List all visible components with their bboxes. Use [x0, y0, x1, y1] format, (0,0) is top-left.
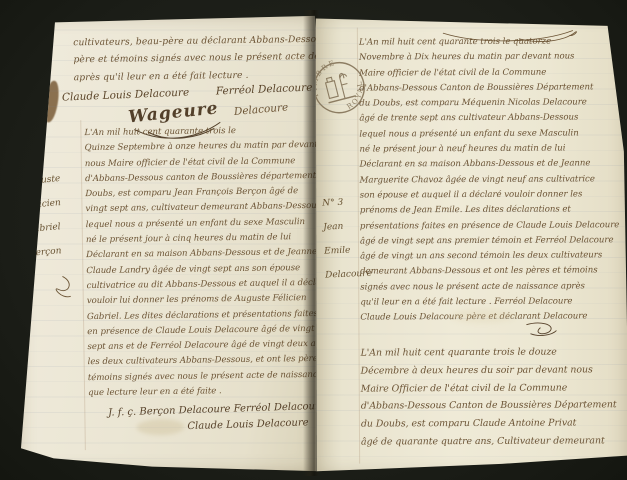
handwritten-line: du Doubs, est comparu Claude Antoine Pri…	[361, 417, 627, 436]
handwritten-line: Claude Louis Delacoure père et déclarant…	[360, 312, 622, 329]
handwritten-line: d'Abbans-Dessous Canton de Boussières Dé…	[359, 82, 621, 99]
mayor-signature: Wageure	[127, 98, 219, 127]
handwritten-line: Novembre à Dix heures du matin par devan…	[359, 52, 621, 69]
handwritten-line: Décembre à deux heures du soir par devan…	[361, 364, 627, 383]
birth-act-4-text: L'An mil huit cent quarante trois le dou…	[361, 346, 627, 454]
register-left-page: N° 2AugusteFélicienGabrielBerçon cultiva…	[18, 15, 316, 473]
handwritten-line: L'An mil huit cent quarante trois le dou…	[361, 346, 627, 365]
handwritten-line: prénoms de Jean Emile. Les dites déclara…	[360, 204, 622, 221]
handwritten-line: signés avec nous le présent acte de nais…	[360, 281, 622, 298]
birth-act-2-text: L'An mil huit cent quarante trois leQuin…	[84, 125, 312, 403]
margin-note: Berçon	[29, 244, 89, 273]
ink-blot	[43, 80, 60, 123]
left-page-content: N° 2AugusteFélicienGabrielBerçon cultiva…	[18, 15, 316, 473]
photograph-of-register: N° 2AugusteFélicienGabrielBerçon cultiva…	[0, 0, 627, 480]
act-2-signatures: J. f. ç. Berçon Delacoure Ferréol Delaco…	[108, 401, 313, 439]
handwritten-line: L'An mil huit cent quarante trois le qua…	[359, 36, 621, 53]
handwritten-line: son épouse et auquel il a déclaré vouloi…	[360, 189, 622, 206]
handwritten-line: qu'il leur en a été fait lecture . Ferré…	[360, 296, 622, 313]
secondary-signature: Delacoure	[233, 101, 288, 118]
handwritten-line: âgé de quarante quatre ans, Cultivateur …	[361, 435, 627, 454]
handwritten-line: demeurant Abbans-Dessous et ont les père…	[360, 266, 622, 283]
birth-act-3-text: L'An mil huit cent quarante trois le qua…	[359, 36, 623, 328]
handwritten-line: présentations faites en présence de Clau…	[360, 220, 622, 237]
margin-paraph-flourish	[46, 274, 80, 300]
previous-act-closing-lines: cultivateurs, beau-père au déclarant Abb…	[73, 31, 306, 86]
stamp-figure	[322, 71, 355, 102]
handwritten-line: que lecture leur en a été faite .	[88, 385, 312, 403]
handwritten-line: âgé de vingt sept ans premier témoin et …	[360, 235, 622, 252]
corner-annotation: Germain	[525, 14, 565, 26]
ink-blot	[39, 53, 46, 66]
handwritten-line: lequel nous a présenté un enfant du sexe…	[359, 128, 621, 145]
handwritten-line: Maire officier de l'état civil de la Com…	[359, 67, 621, 84]
handwritten-line: d'Abbans-Dessous Canton de Boussières Dé…	[361, 400, 627, 419]
handwritten-line: du Doubs, est comparu Méquenin Nicolas D…	[359, 97, 621, 114]
handwritten-line: Maire Officier de l'état civil de la Com…	[361, 382, 627, 401]
official-signature-block: Wageure Delacoure	[128, 101, 298, 123]
handwritten-line: Marguerite Chavoz âgée de vingt neuf ans…	[360, 174, 622, 191]
handwritten-line: Déclarant en sa maison Abbans-Dessous et…	[360, 159, 622, 176]
right-page-content: Germain TIMBRE ROYAL	[314, 13, 627, 475]
handwritten-line: père et témoins signés avec nous le prés…	[73, 48, 305, 69]
register-right-page: Germain TIMBRE ROYAL	[314, 13, 627, 475]
handwritten-line: âgé de trente sept ans cultivateur Abban…	[359, 113, 621, 130]
left-margin-annotations: N° 2AugusteFélicienGabrielBerçon	[21, 148, 89, 272]
